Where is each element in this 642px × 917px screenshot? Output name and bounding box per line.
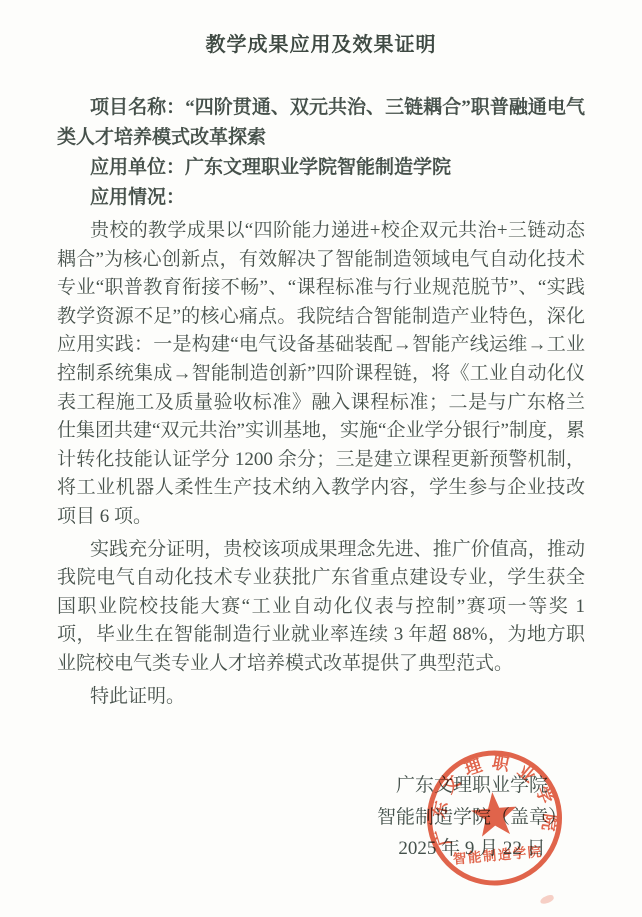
signature-org-line: 广东文理职业学院 — [342, 770, 602, 802]
body-paragraph-conclusion: 实践充分证明，贵校该项成果理念先进、推广价值高，推动我院电气自动化技术专业获批广… — [57, 536, 585, 679]
field-label: 应用情况： — [90, 187, 185, 208]
document-title: 教学成果应用及效果证明 — [0, 31, 642, 59]
field-application-status: 应用情况： — [57, 183, 585, 213]
field-applying-unit: 应用单位：广东文理职业学院智能制造学院 — [57, 153, 585, 183]
document-page: 教学成果应用及效果证明 项目名称：“四阶贯通、双元共治、三链耦合”职普融通电气类… — [0, 0, 642, 917]
document-body: 项目名称：“四阶贯通、双元共治、三链耦合”职普融通电气类人才培养模式改革探索 应… — [57, 93, 585, 711]
seal-ink-smudge — [539, 894, 555, 905]
field-project-name: 项目名称：“四阶贯通、双元共治、三链耦合”职普融通电气类人才培养模式改革探索 — [57, 93, 585, 153]
field-label: 应用单位： — [90, 157, 185, 178]
signature-block: 广东文理职业学院 智能制造学院（盖章） 2025 年 9 月 22 日 — [342, 770, 602, 865]
closing-line: 特此证明。 — [57, 683, 585, 712]
body-paragraph-application-details: 贵校的教学成果以“四阶能力递进+校企双元共治+三链动态耦合”为核心创新点，有效解… — [57, 217, 585, 532]
signature-date-line: 2025 年 9 月 22 日 — [342, 833, 602, 865]
field-label: 项目名称： — [90, 97, 185, 118]
signature-dept-line: 智能制造学院（盖章） — [342, 802, 602, 834]
field-value: 广东文理职业学院智能制造学院 — [185, 157, 451, 178]
